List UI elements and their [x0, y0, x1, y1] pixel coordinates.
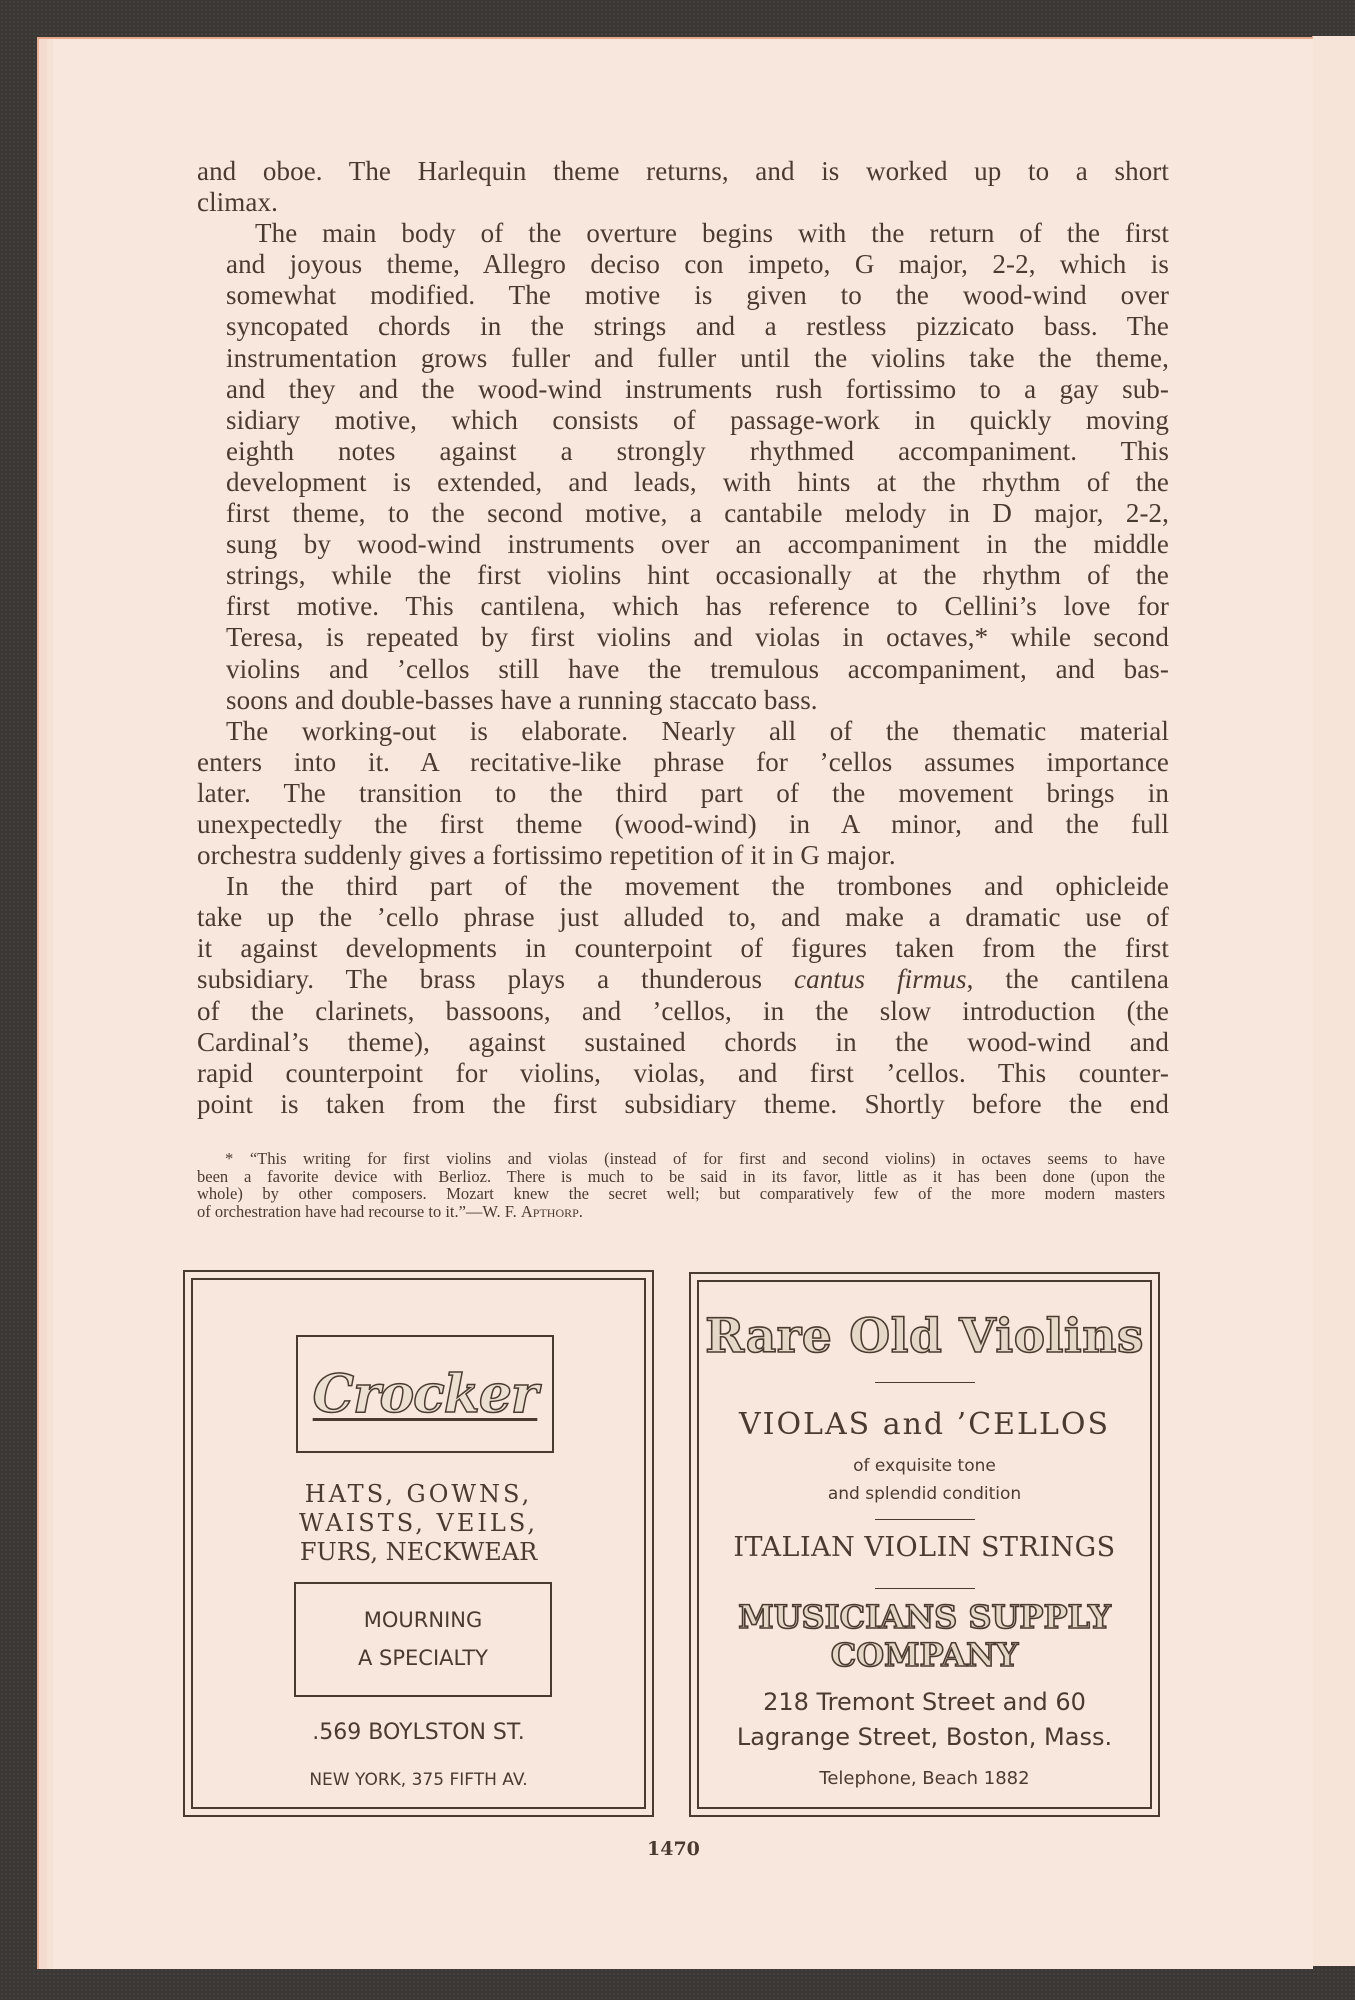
footnote-line: * “This writing for first violins and vi…	[197, 1150, 1165, 1168]
text-line: subsidiary. The brass plays a thunderous…	[197, 964, 1169, 995]
specialty-line: A SPECIALTY	[296, 1639, 550, 1677]
ad-strings: ITALIAN VIOLIN STRINGS	[699, 1532, 1150, 1563]
specialty-line: MOURNING	[296, 1601, 550, 1639]
text-line: sidiary motive, which consists of passag…	[197, 405, 1169, 436]
text-line: In the third part of the movement the tr…	[197, 871, 1169, 902]
paragraph-1: and oboe. The Harlequin theme returns, a…	[197, 156, 1169, 218]
text-line: somewhat modified. The motive is given t…	[197, 280, 1169, 311]
footnote-line: whole) by other composers. Mozart knew t…	[197, 1185, 1165, 1203]
text-line: instrumentation grows fuller and fuller …	[197, 343, 1169, 374]
text-line: Teresa, is repeated by first violins and…	[197, 622, 1169, 653]
address-line: Lagrange Street, Boston, Mass.	[699, 1720, 1150, 1755]
footnote-line: been a favorite device with Berlioz. The…	[197, 1168, 1165, 1186]
text-line: eighth notes against a strongly rhythmed…	[197, 436, 1169, 467]
text-line: enters into it. A recitative-like phrase…	[197, 747, 1169, 778]
paragraph-4: In the third part of the movement the tr…	[197, 871, 1169, 1120]
divider	[875, 1588, 975, 1589]
ad-inner-border: Crocker HATS, GOWNS, WAISTS, VEILS, FURS…	[191, 1278, 646, 1809]
text-line: later. The transition to the third part …	[197, 778, 1169, 809]
text-line: point is taken from the first subsidiary…	[197, 1089, 1169, 1120]
footnote-text: of orchestration have had recourse to it…	[197, 1202, 521, 1221]
crocker-logo-box: Crocker	[296, 1335, 554, 1453]
italic-term: cantus firmus	[794, 964, 967, 994]
facing-page-edge	[1312, 36, 1355, 1966]
advertisement-musicians-supply: Rare Old Violins VIOLAS and ’CELLOS of e…	[689, 1272, 1160, 1817]
desc-line: of exquisite tone	[699, 1452, 1150, 1480]
company-name: MUSICIANS SUPPLY COMPANY	[699, 1598, 1150, 1674]
address-line: 218 Tremont Street and 60	[699, 1685, 1150, 1720]
text-line: syncopated chords in the strings and a r…	[197, 311, 1169, 342]
text-fragment: subsidiary. The brass plays a thunderous	[197, 964, 794, 994]
crocker-logo: Crocker	[313, 1364, 538, 1425]
footnote-line: of orchestration have had recourse to it…	[197, 1203, 1165, 1221]
text-line: sung by wood-wind instruments over an ac…	[197, 529, 1169, 560]
ad-inner-border: Rare Old Violins VIOLAS and ’CELLOS of e…	[697, 1280, 1152, 1809]
paragraph-3: The working-out is elaborate. Nearly all…	[197, 716, 1169, 871]
text-fragment: , the cantilena	[967, 964, 1169, 994]
text-line: first theme, to the second motive, a can…	[197, 498, 1169, 529]
divider	[875, 1382, 975, 1383]
text-line: take up the ’cello phrase just alluded t…	[197, 902, 1169, 933]
company-phone: Telephone, Beach 1882	[699, 1768, 1150, 1789]
text-line: and joyous theme, Allegro deciso con imp…	[197, 249, 1169, 280]
text-line: it against developments in counterpoint …	[197, 933, 1169, 964]
divider	[875, 1519, 975, 1520]
company-line: COMPANY	[699, 1636, 1150, 1674]
text-line: violins and ’cellos still have the tremu…	[197, 654, 1169, 685]
company-line: MUSICIANS SUPPLY	[699, 1598, 1150, 1636]
text-line: The working-out is elaborate. Nearly all…	[197, 716, 1169, 747]
specialty-box: MOURNING A SPECIALTY	[294, 1582, 552, 1697]
body-text: and oboe. The Harlequin theme returns, a…	[197, 156, 1169, 1120]
ad-subtitle: VIOLAS and ’CELLOS	[699, 1407, 1150, 1442]
advertisement-crocker: Crocker HATS, GOWNS, WAISTS, VEILS, FURS…	[183, 1270, 654, 1817]
text-line: of the clarinets, bassoons, and ’cellos,…	[197, 996, 1169, 1027]
text-line: strings, while the first violins hint oc…	[197, 560, 1169, 591]
text-line: unexpectedly the first theme (wood-wind)…	[197, 809, 1169, 840]
text-line: The main body of the overture begins wit…	[197, 218, 1169, 249]
company-address: 218 Tremont Street and 60 Lagrange Stree…	[699, 1685, 1150, 1755]
paragraph-2: The main body of the overture begins wit…	[197, 218, 1169, 716]
footnote: * “This writing for first violins and vi…	[197, 1150, 1165, 1220]
text-line: soons and double-basses have a running s…	[197, 685, 1169, 716]
text-line: rapid counterpoint for violins, violas, …	[197, 1058, 1169, 1089]
text-line: climax.	[197, 187, 1169, 218]
crocker-ny-address: NEW YORK, 375 FIFTH AV.	[193, 1770, 644, 1790]
page-number: 1470	[647, 1838, 700, 1860]
crocker-boston-address: .569 BOYLSTON ST.	[193, 1720, 644, 1745]
ad-headline: Rare Old Violins	[699, 1309, 1150, 1364]
product-line: HATS, GOWNS,	[193, 1480, 644, 1509]
text-line: and oboe. The Harlequin theme returns, a…	[197, 156, 1169, 187]
product-line: WAISTS, VEILS,	[193, 1509, 644, 1538]
text-line: Cardinal’s theme), against sustained cho…	[197, 1027, 1169, 1058]
product-line: FURS, NECKWEAR	[193, 1538, 644, 1567]
crocker-product-list: HATS, GOWNS, WAISTS, VEILS, FURS, NECKWE…	[193, 1480, 644, 1567]
footnote-author: Apthorp.	[521, 1202, 583, 1221]
text-line: and they and the wood-wind instruments r…	[197, 374, 1169, 405]
ad-description: of exquisite tone and splendid condition	[699, 1452, 1150, 1508]
desc-line: and splendid condition	[699, 1480, 1150, 1508]
text-line: first motive. This cantilena, which has …	[197, 591, 1169, 622]
text-line: orchestra suddenly gives a fortissimo re…	[197, 840, 1169, 871]
text-line: development is extended, and leads, with…	[197, 467, 1169, 498]
